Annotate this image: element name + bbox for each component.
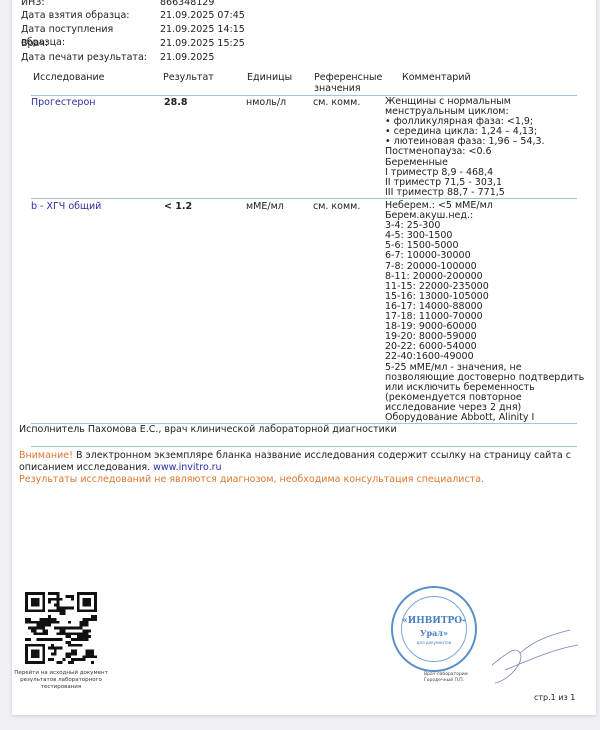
header-units: Единицы (247, 72, 292, 83)
qr-caption: Перейти на исходный документ результатов… (14, 670, 108, 691)
result-value: 28.8 (164, 97, 187, 108)
unit: нмоль/л (246, 97, 286, 108)
header-comment: Комментарий (402, 72, 471, 83)
unit: мМЕ/мл (246, 201, 284, 212)
invitro-link[interactable]: www.invitro.ru (153, 462, 221, 473)
info-row-doctor: Врач: 21.09.2025 15:25 (21, 37, 245, 50)
qr-code[interactable] (25, 592, 97, 664)
info-row-print-date: Дата печати результата: 21.09.2025 (21, 51, 214, 64)
info-value: 21.09.2025 (160, 51, 214, 64)
performer-divider (31, 446, 577, 447)
test-link-progesterone[interactable]: Прогестерон (31, 97, 95, 108)
row-divider (31, 198, 577, 199)
header-reference: Референсные значения (314, 72, 382, 94)
result-value: < 1.2 (164, 201, 192, 212)
info-value: 21.09.2025 07:45 (160, 9, 245, 22)
stamp-text: Урал» (393, 628, 475, 638)
stamp-text: для документов (393, 640, 475, 645)
disclaimer: Результаты исследований не являются диаг… (19, 474, 579, 486)
info-label: Дата печати результата: (21, 51, 160, 64)
performer: Исполнитель Пахомова Е.С., врач клиничес… (19, 424, 579, 436)
info-value: 866348129 (160, 0, 214, 9)
comment: Женщины с нормальным менструальным цикло… (385, 97, 545, 198)
comment: Неберем.: <5 мМЕ/мл Берем.акуш.нед.: 3-4… (385, 201, 584, 423)
reference: см. комм. (313, 97, 360, 108)
lab-stamp: «ИНВИТРО- Урал» для документов (391, 586, 477, 672)
reference: см. комм. (313, 201, 360, 212)
info-label: Врач: (21, 37, 160, 50)
signature-caption: Врач лаборатории Городечный П.П. (424, 672, 468, 683)
notice-attention: Внимание! (19, 450, 73, 461)
notice: Внимание! В электронном экземпляре бланк… (19, 450, 579, 474)
info-label: Дата взятия образца: (21, 9, 160, 22)
test-link-hcg[interactable]: b - ХГЧ общий (31, 201, 101, 212)
info-label: ИНЗ: (21, 0, 160, 9)
signature (490, 625, 580, 685)
info-row-inz: ИНЗ: 866348129 (21, 0, 214, 9)
info-row-sample-date: Дата взятия образца: 21.09.2025 07:45 (21, 9, 245, 22)
info-value: 21.09.2025 15:25 (160, 37, 245, 50)
notice-text: В электронном экземпляре бланка название… (19, 450, 571, 473)
page-number: стр.1 из 1 (534, 693, 575, 702)
header-test: Исследование (33, 72, 105, 83)
header-result: Результат (163, 72, 214, 83)
stamp-text: «ИНВИТРО- (393, 616, 475, 626)
